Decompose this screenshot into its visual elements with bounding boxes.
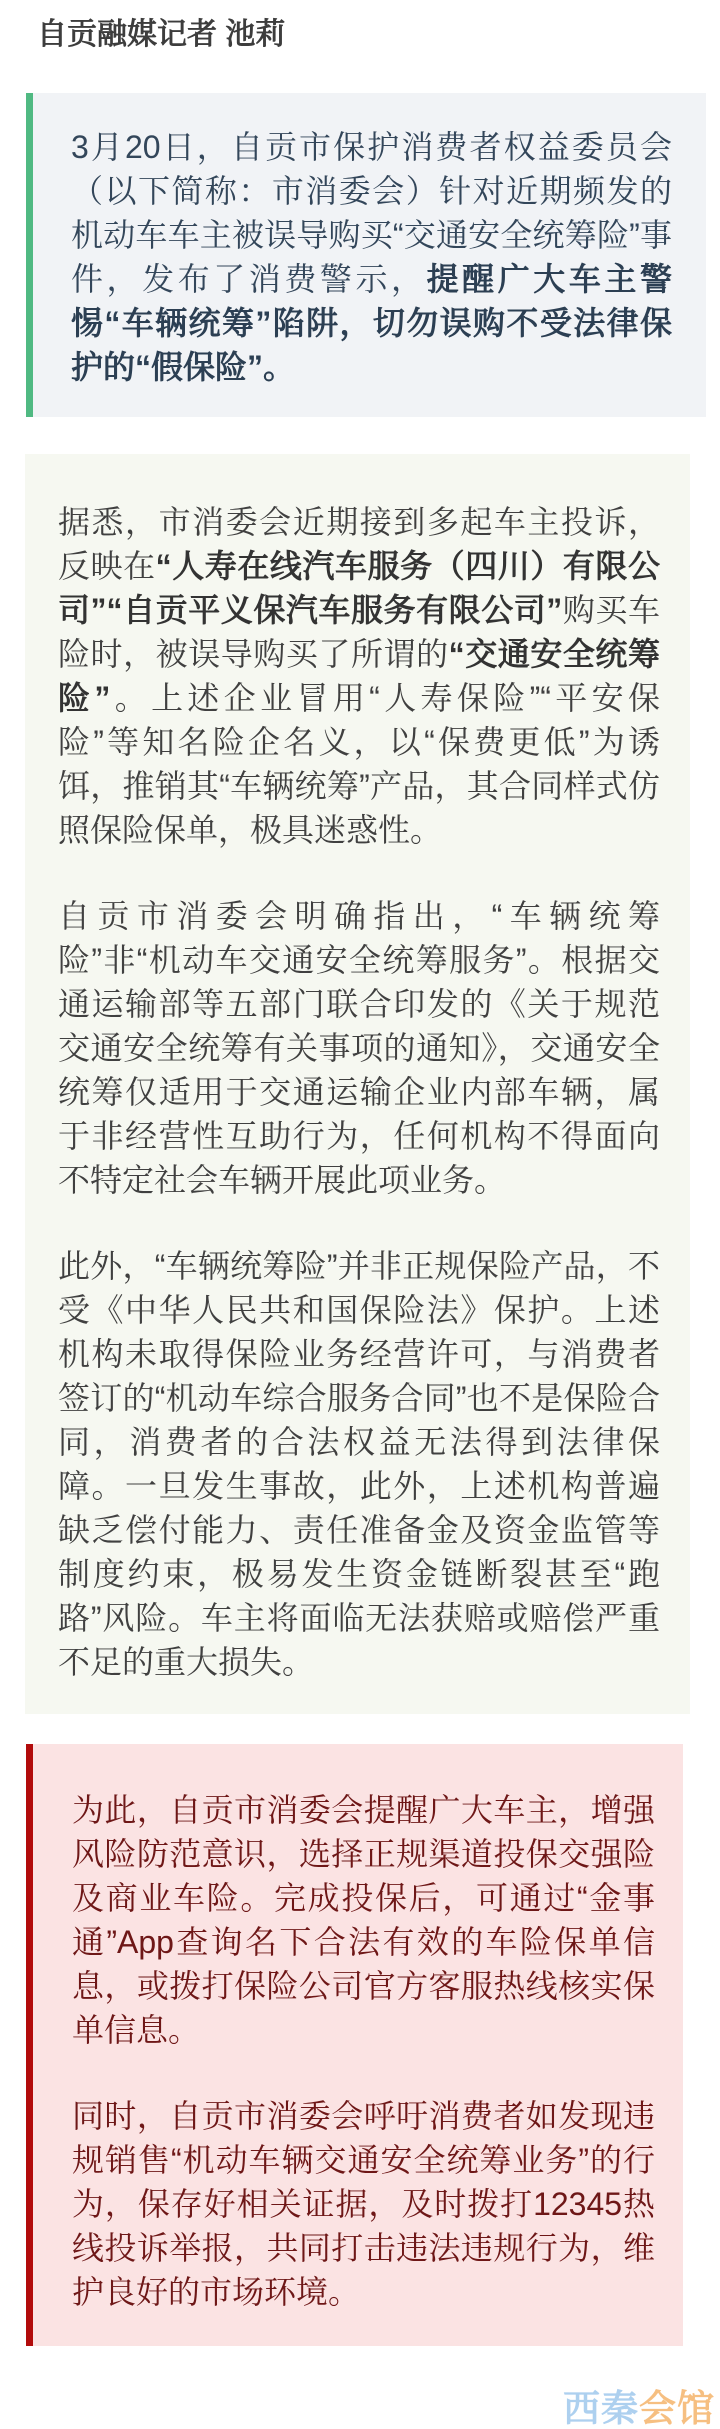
paragraph-complaints: 据悉，市消委会近期接到多起车主投诉，反映在“人寿在线汽车服务（四川）有限公司”“… bbox=[58, 500, 660, 852]
consumer-alert-quote: 3月20日，自贡市保护消费者权益委员会（以下简称：市消委会）针对近期频发的机动车… bbox=[26, 93, 706, 417]
article-page: 自贡融媒记者 池莉 3月20日，自贡市保护消费者权益委员会（以下简称：市消委会）… bbox=[0, 0, 720, 2429]
watermark-text-orange: 会馆 bbox=[639, 2388, 715, 2429]
p1-seg3: 。上述企业冒用“人寿保险”“平安保险”等知名险企名义，以“保费更低”为诱饵，推销… bbox=[58, 680, 660, 848]
watermark-text-blue: 西秦 bbox=[563, 2388, 639, 2429]
paragraph-report: 同时，自贡市消委会呼吁消费者如发现违规销售“机动车辆交通安全统筹业务”的行为，保… bbox=[72, 2094, 655, 2314]
paragraph-risk: 此外，“车辆统筹险”并非正规保险产品，不受《中华人民共和国保险法》保护。上述机构… bbox=[58, 1244, 660, 1684]
byline: 自贡融媒记者 池莉 bbox=[0, 0, 720, 56]
paragraph-regulation: 自贡市消委会明确指出，“车辆统筹险”非“机动车交通安全统筹服务”。根据交通运输部… bbox=[58, 894, 660, 1202]
alert-paragraph: 3月20日，自贡市保护消费者权益委员会（以下简称：市消委会）针对近期频发的机动车… bbox=[71, 125, 672, 389]
warning-block: 为此，自贡市消委会提醒广大车主，增强风险防范意识，选择正规渠道投保交强险及商业车… bbox=[26, 1744, 683, 2346]
article-body-block: 据悉，市消委会近期接到多起车主投诉，反映在“人寿在线汽车服务（四川）有限公司”“… bbox=[25, 454, 690, 1714]
paragraph-advice: 为此，自贡市消委会提醒广大车主，增强风险防范意识，选择正规渠道投保交强险及商业车… bbox=[72, 1788, 655, 2052]
watermark-logo: 西秦会馆 bbox=[563, 2390, 715, 2427]
